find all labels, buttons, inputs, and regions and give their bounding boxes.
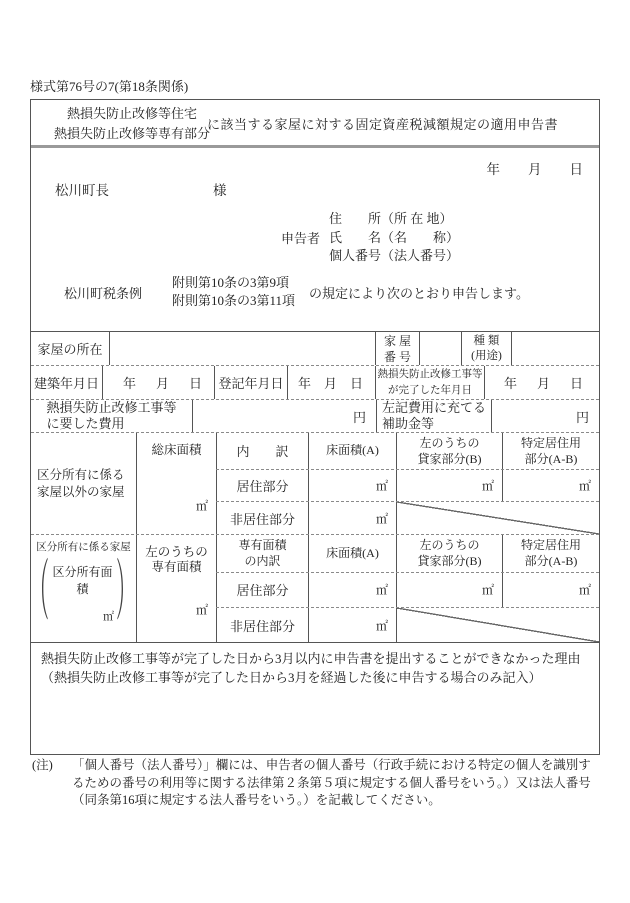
renovation-cost-field: 円 (192, 400, 376, 432)
reason-title: 熱損失防止改修工事等が完了した日から3月以内に申告書を提出することができなかった… (41, 649, 589, 668)
rental-header-line2: 貸家部分(B) (418, 554, 482, 568)
application-form-page: 様式第76号の7(第18条関係) 熱損失防止改修等住宅 熱損失防止改修等専有部分… (0, 0, 630, 903)
sqm-label: ㎡ (376, 617, 388, 634)
sqm-label: ㎡ (376, 477, 388, 494)
registered-date-field: 年 月 日 (287, 366, 375, 399)
registered-date-label: 登記年月日 (214, 366, 287, 399)
section-condo: 区分所有に係る家屋 （ 区分所有面積 ㎡ ） 左のうちの 専有面積 (31, 534, 599, 642)
house-number-line2: 番 号 (384, 350, 411, 364)
non-condo-label-line1: 区分所有に係る (37, 467, 136, 484)
subsidy-label-line2: 補助金等 (382, 416, 434, 431)
exclusive-breakdown-header: 専有面積 の内訳 (216, 535, 308, 572)
rental-header-line2: 貸家部分(B) (418, 452, 482, 466)
sqm-label: ㎡ (376, 581, 388, 598)
renovation-cost-label: 熱損失防止改修工事等 に要した費用 (31, 400, 192, 432)
kind-line1: 種 類 (474, 335, 500, 347)
reason-instruction: （熱損失防止改修工事等が完了した日から3月を経過した後に申告する場合のみ記入） (41, 668, 589, 687)
kind-field (511, 332, 599, 365)
non-residential-label: 非居住部分 (216, 502, 308, 534)
year-label: 年 (123, 373, 136, 392)
sqm-label: ㎡ (482, 477, 494, 494)
rental-part-header: 左のうちの 貸家部分(B) (396, 433, 502, 469)
open-paren: （ (29, 567, 49, 623)
kind-line2: (用途) (471, 350, 502, 362)
yen-label: 円 (353, 407, 366, 426)
exclusive-area-label: 左のうちの 専有面積 (137, 545, 216, 575)
rental-part-header: 左のうちの 貸家部分(B) (396, 535, 502, 572)
row-cost: 熱損失防止改修工事等 に要した費用 円 左記費用に充てる 補助金等 円 (31, 399, 599, 432)
rental-header-line1: 左のうちの (419, 436, 479, 450)
section-non-condo: 区分所有に係る 家屋以外の家屋 総床面積 ㎡ 内 訳 床面積(A) 左のうちの (31, 432, 599, 534)
completion-label-line1: 熱損失防止改修工事等 (378, 369, 483, 380)
total-floor-area-cell: 総床面積 ㎡ (136, 433, 216, 534)
close-paren: ） (116, 567, 136, 623)
built-date-field: 年 月 日 (102, 366, 214, 399)
non-condo-label-line2: 家屋以外の家屋 (37, 484, 136, 501)
sqm-label: ㎡ (196, 497, 208, 514)
specified-header-line1: 特定居住用 (521, 436, 581, 450)
cost-label-line2: に要した費用 (46, 416, 124, 431)
subsidy-label: 左記費用に充てる 補助金等 (376, 400, 491, 432)
floor-area-header: 床面積(A) (308, 535, 396, 572)
rental-header-line1: 左のうちの (419, 538, 479, 552)
declaration-line: 松川町税条例 附則第10条の3第9項 附則第10条の3第11項 の規定により次の… (64, 274, 529, 310)
form-title: に該当する家屋に対する固定資産税減額規定の適用申告書 (207, 114, 558, 133)
month-label: 月 (537, 373, 550, 392)
sqm-label: ㎡ (376, 510, 388, 527)
mayor-name: 松川町長 (55, 179, 109, 199)
exclusive-label-line1: 左のうちの (145, 545, 208, 559)
form-number: 様式第76号の7(第18条関係) (30, 76, 188, 95)
footnote: (注) 「個人番号（法人番号）」欄には、申告者の個人番号（行政手続における特定の… (32, 757, 598, 810)
condo-area-bracket: （ 区分所有面積 ㎡ ） (29, 556, 136, 634)
non-condo-residential-row: 居住部分 ㎡ ㎡ ㎡ (216, 469, 599, 502)
sqm-label: ㎡ (49, 609, 116, 626)
house-number-field (419, 332, 461, 365)
housing-type-label: 熱損失防止改修等住宅 熱損失防止改修等専有部分 (46, 104, 218, 144)
diagonal-strikeout (396, 502, 599, 534)
house-number-label: 家 屋 番 号 (375, 332, 419, 365)
day-label: 日 (350, 373, 363, 392)
condo-label-text: 区分所有に係る家屋 (31, 539, 136, 556)
residential-specified-field: ㎡ (502, 470, 599, 502)
row-dates: 建築年月日 年 月 日 登記年月日 年 月 日 熱損失防止改修工事等 が完了した… (31, 365, 599, 399)
condo-nonresidential-row: 非居住部分 ㎡ (216, 607, 599, 642)
year-label: 年 (504, 373, 517, 392)
form-sheet: 熱損失防止改修等住宅 熱損失防止改修等専有部分 に該当する家屋に対する固定資産税… (30, 99, 600, 755)
built-date-label: 建築年月日 (31, 366, 102, 399)
residential-label: 居住部分 (216, 573, 308, 608)
condo-label: 区分所有に係る家屋 （ 区分所有面積 ㎡ ） (31, 535, 136, 642)
non-residential-floor-area-field: ㎡ (308, 502, 396, 534)
sqm-label: ㎡ (579, 581, 591, 598)
sqm-label: ㎡ (579, 477, 591, 494)
breakdown-header: 内 訳 (216, 433, 308, 469)
non-residential-floor-area-field: ㎡ (308, 608, 396, 642)
breakdown-line1: 専有面積 (238, 538, 286, 552)
yen-label: 円 (576, 407, 589, 426)
note-text: 「個人番号（法人番号）」欄には、申告者の個人番号（行政手続における特定の個人を識… (72, 757, 598, 810)
month-label: 月 (324, 373, 337, 392)
month-label: 月 (156, 373, 169, 392)
completion-date-field: 年 月 日 (484, 366, 599, 399)
applicant-name-label: 氏 名（名 称） (329, 229, 459, 248)
row-house-location: 家屋の所在 家 屋 番 号 種 類 (用途) (31, 332, 599, 365)
sqm-label: ㎡ (482, 581, 494, 598)
residential-rental-field: ㎡ (396, 573, 502, 608)
ordinance-clause-2: 附則第10条の3第11項 (172, 292, 295, 310)
declaration-statement: の規定により次のとおり申告します。 (309, 283, 529, 302)
note-label: (注) (32, 757, 72, 810)
residential-label: 居住部分 (216, 470, 308, 502)
housing-type-line2: 熱損失防止改修等専有部分 (46, 124, 218, 144)
subsidy-field: 円 (491, 400, 599, 432)
year-label: 年 (298, 373, 311, 392)
addressee-line: 松川町長 様 (55, 179, 227, 199)
floor-area-header: 床面積(A) (308, 433, 396, 469)
applicant-block: 申告者 住 所（所 在 地） 氏 名（名 称） 個人番号（法人番号） (281, 210, 459, 266)
day-label: 日 (570, 158, 584, 178)
applicant-address-label: 住 所（所 在 地） (329, 210, 459, 229)
non-condo-label: 区分所有に係る 家屋以外の家屋 (31, 433, 136, 534)
specified-part-header: 特定居住用 部分(A-B) (502, 535, 599, 572)
exclusive-label-line2: 専有面積 (151, 560, 201, 574)
non-residential-label: 非居住部分 (216, 608, 308, 642)
sqm-label: ㎡ (196, 601, 208, 618)
title-band: 熱損失防止改修等住宅 熱損失防止改修等専有部分 に該当する家屋に対する固定資産税… (31, 100, 599, 148)
specified-part-header: 特定居住用 部分(A-B) (502, 433, 599, 469)
declaration-table: 家屋の所在 家 屋 番 号 種 類 (用途) (31, 331, 599, 753)
residential-specified-field: ㎡ (502, 573, 599, 608)
condo-residential-row: 居住部分 ㎡ ㎡ ㎡ (216, 572, 599, 608)
residential-floor-area-field: ㎡ (308, 470, 396, 502)
total-floor-area-label: 総床面積 (137, 443, 216, 458)
applicant-id-label: 個人番号（法人番号） (329, 247, 459, 266)
ordinance-clause-1: 附則第10条の3第9項 (172, 274, 295, 292)
subsidy-label-line1: 左記費用に充てる (382, 400, 486, 415)
residential-rental-field: ㎡ (396, 470, 502, 502)
submission-date: 年 月 日 (487, 158, 584, 178)
non-condo-header-row: 内 訳 床面積(A) 左のうちの 貸家部分(B) 特定居住用 部分(A-B) (216, 433, 599, 469)
non-condo-nonresidential-row: 非居住部分 ㎡ (216, 501, 599, 534)
completion-date-label: 熱損失防止改修工事等 が完了した年月日 (375, 366, 484, 399)
house-location-field (109, 332, 375, 365)
day-label: 日 (570, 373, 583, 392)
condo-header-row: 専有面積 の内訳 床面積(A) 左のうちの 貸家部分(B) (216, 535, 599, 572)
condo-area-label: 区分所有面積 (49, 564, 116, 598)
applicant-label: 申告者 (281, 228, 320, 247)
residential-floor-area-field: ㎡ (308, 573, 396, 608)
breakdown-line2: の内訳 (244, 554, 280, 568)
honorific: 様 (213, 179, 227, 199)
ordinance-name: 松川町税条例 (64, 283, 142, 302)
month-label: 月 (528, 158, 542, 178)
diagonal-strikeout (396, 608, 599, 642)
late-filing-reason-box: 熱損失防止改修工事等が完了した日から3月以内に申告書を提出することができなかった… (31, 642, 599, 753)
specified-header-line2: 部分(A-B) (525, 554, 578, 568)
specified-header-line2: 部分(A-B) (525, 452, 578, 466)
exclusive-area-cell: 左のうちの 専有面積 ㎡ (136, 535, 216, 642)
year-label: 年 (487, 158, 501, 178)
housing-type-line1: 熱損失防止改修等住宅 (46, 104, 218, 124)
kind-label: 種 類 (用途) (461, 332, 511, 365)
completion-label-line2: が完了した年月日 (388, 385, 472, 396)
house-number-line1: 家 屋 (384, 334, 411, 348)
house-location-label: 家屋の所在 (31, 332, 109, 365)
cost-label-line1: 熱損失防止改修工事等 (46, 400, 176, 415)
day-label: 日 (189, 373, 202, 392)
specified-header-line1: 特定居住用 (521, 538, 581, 552)
